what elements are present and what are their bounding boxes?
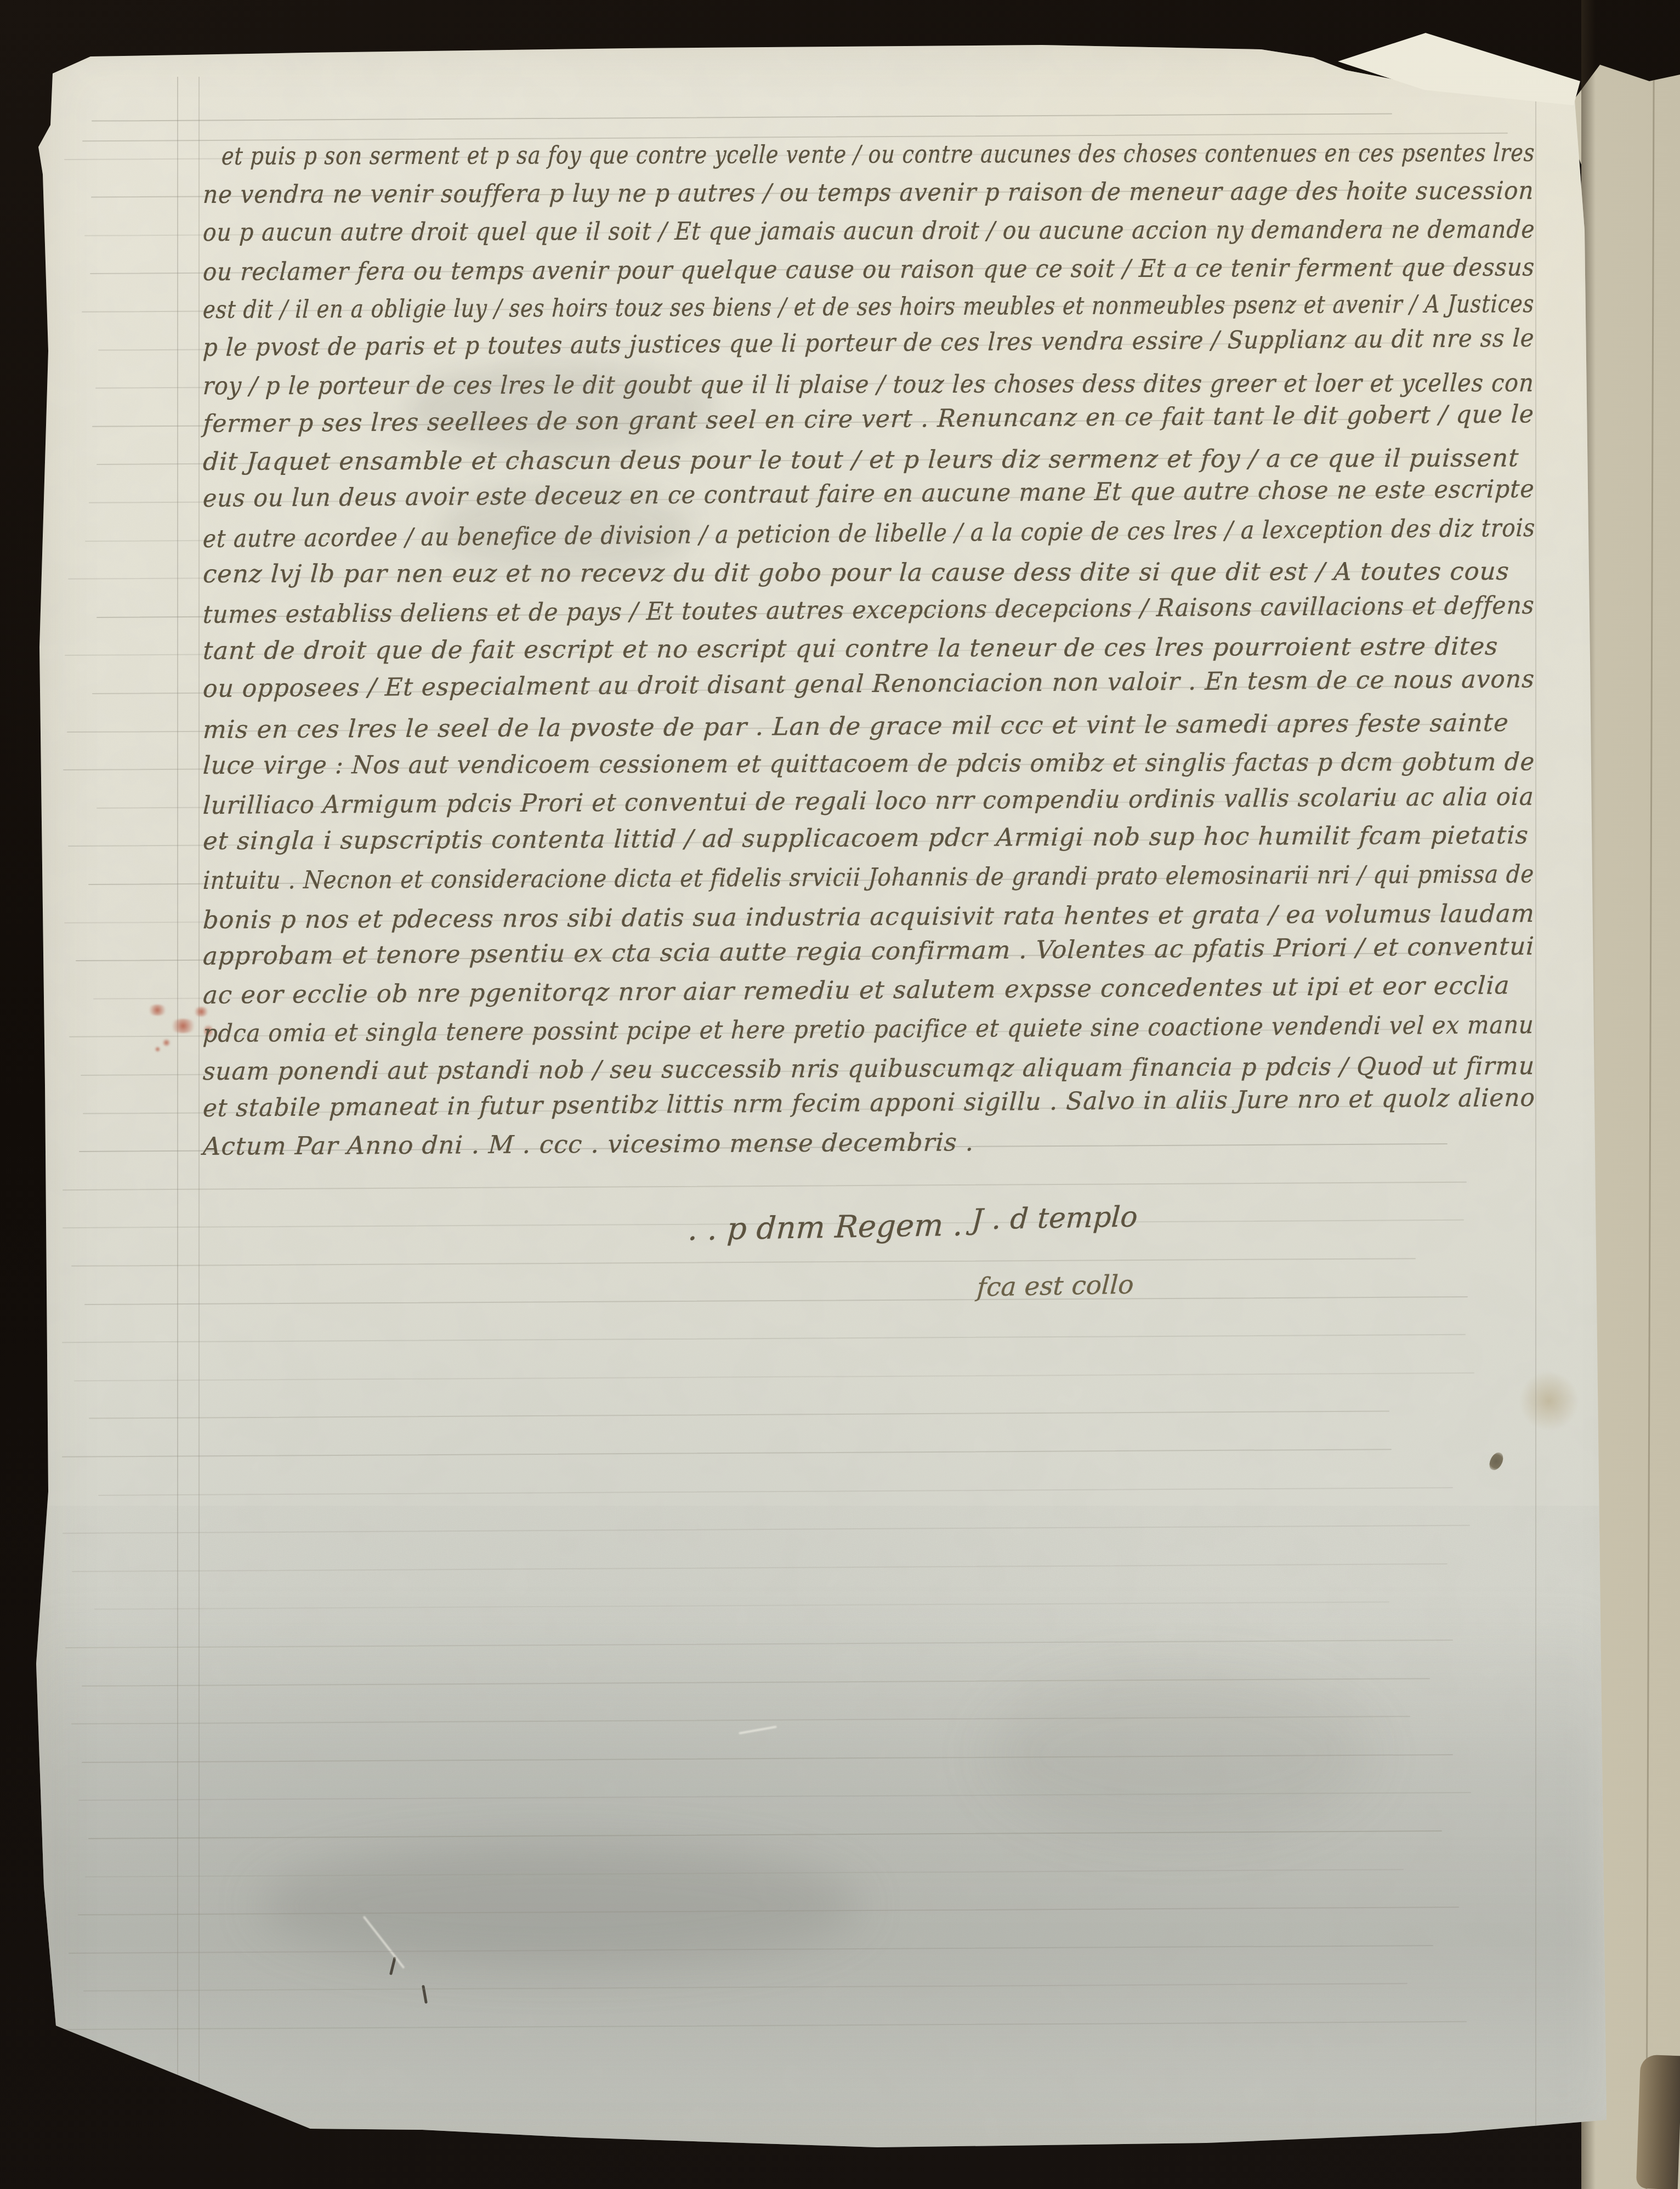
manuscript-line: intuitu . Necnon et consideracione dicta… [202, 857, 1395, 902]
per-regem-note: . . p dnm Regem . [687, 1207, 964, 1248]
collation-note: fca est collo [976, 1270, 1134, 1303]
binding-tail [1636, 2055, 1680, 2189]
red-margin-mark [155, 1046, 161, 1052]
right-margin-rule [1535, 77, 1536, 2128]
red-margin-mark [147, 1005, 168, 1016]
manuscript-page: et puis p son serment et p sa foy que co… [0, 0, 1680, 2189]
folio-edge-crease [1645, 66, 1655, 2189]
manuscript-line: ne vendra ne venir souffera p luy ne p a… [202, 173, 1452, 216]
chancery-signature: J . d templo [970, 1200, 1138, 1236]
manuscript-line: Actum Par Anno dni . M . ccc . vicesimo … [202, 1121, 1535, 1168]
manuscript-line: et singla i supscriptis contenta littid … [202, 817, 1535, 863]
red-margin-mark [162, 1039, 171, 1047]
manuscript-line: ou p aucun autre droit quel que il soit … [202, 211, 1409, 253]
ochre-stain [1519, 1371, 1579, 1431]
left-margin-rule-inner [198, 77, 200, 2117]
photograph-background: et puis p son serment et p sa foy que co… [0, 0, 1680, 2189]
manuscript-line: pdca omia et singla tenere possint pcipe… [202, 1007, 1435, 1055]
left-margin-rule [177, 77, 178, 2108]
manuscript-line: et puis p son serment et p sa foy que co… [220, 135, 1348, 178]
red-margin-mark [169, 1019, 197, 1033]
